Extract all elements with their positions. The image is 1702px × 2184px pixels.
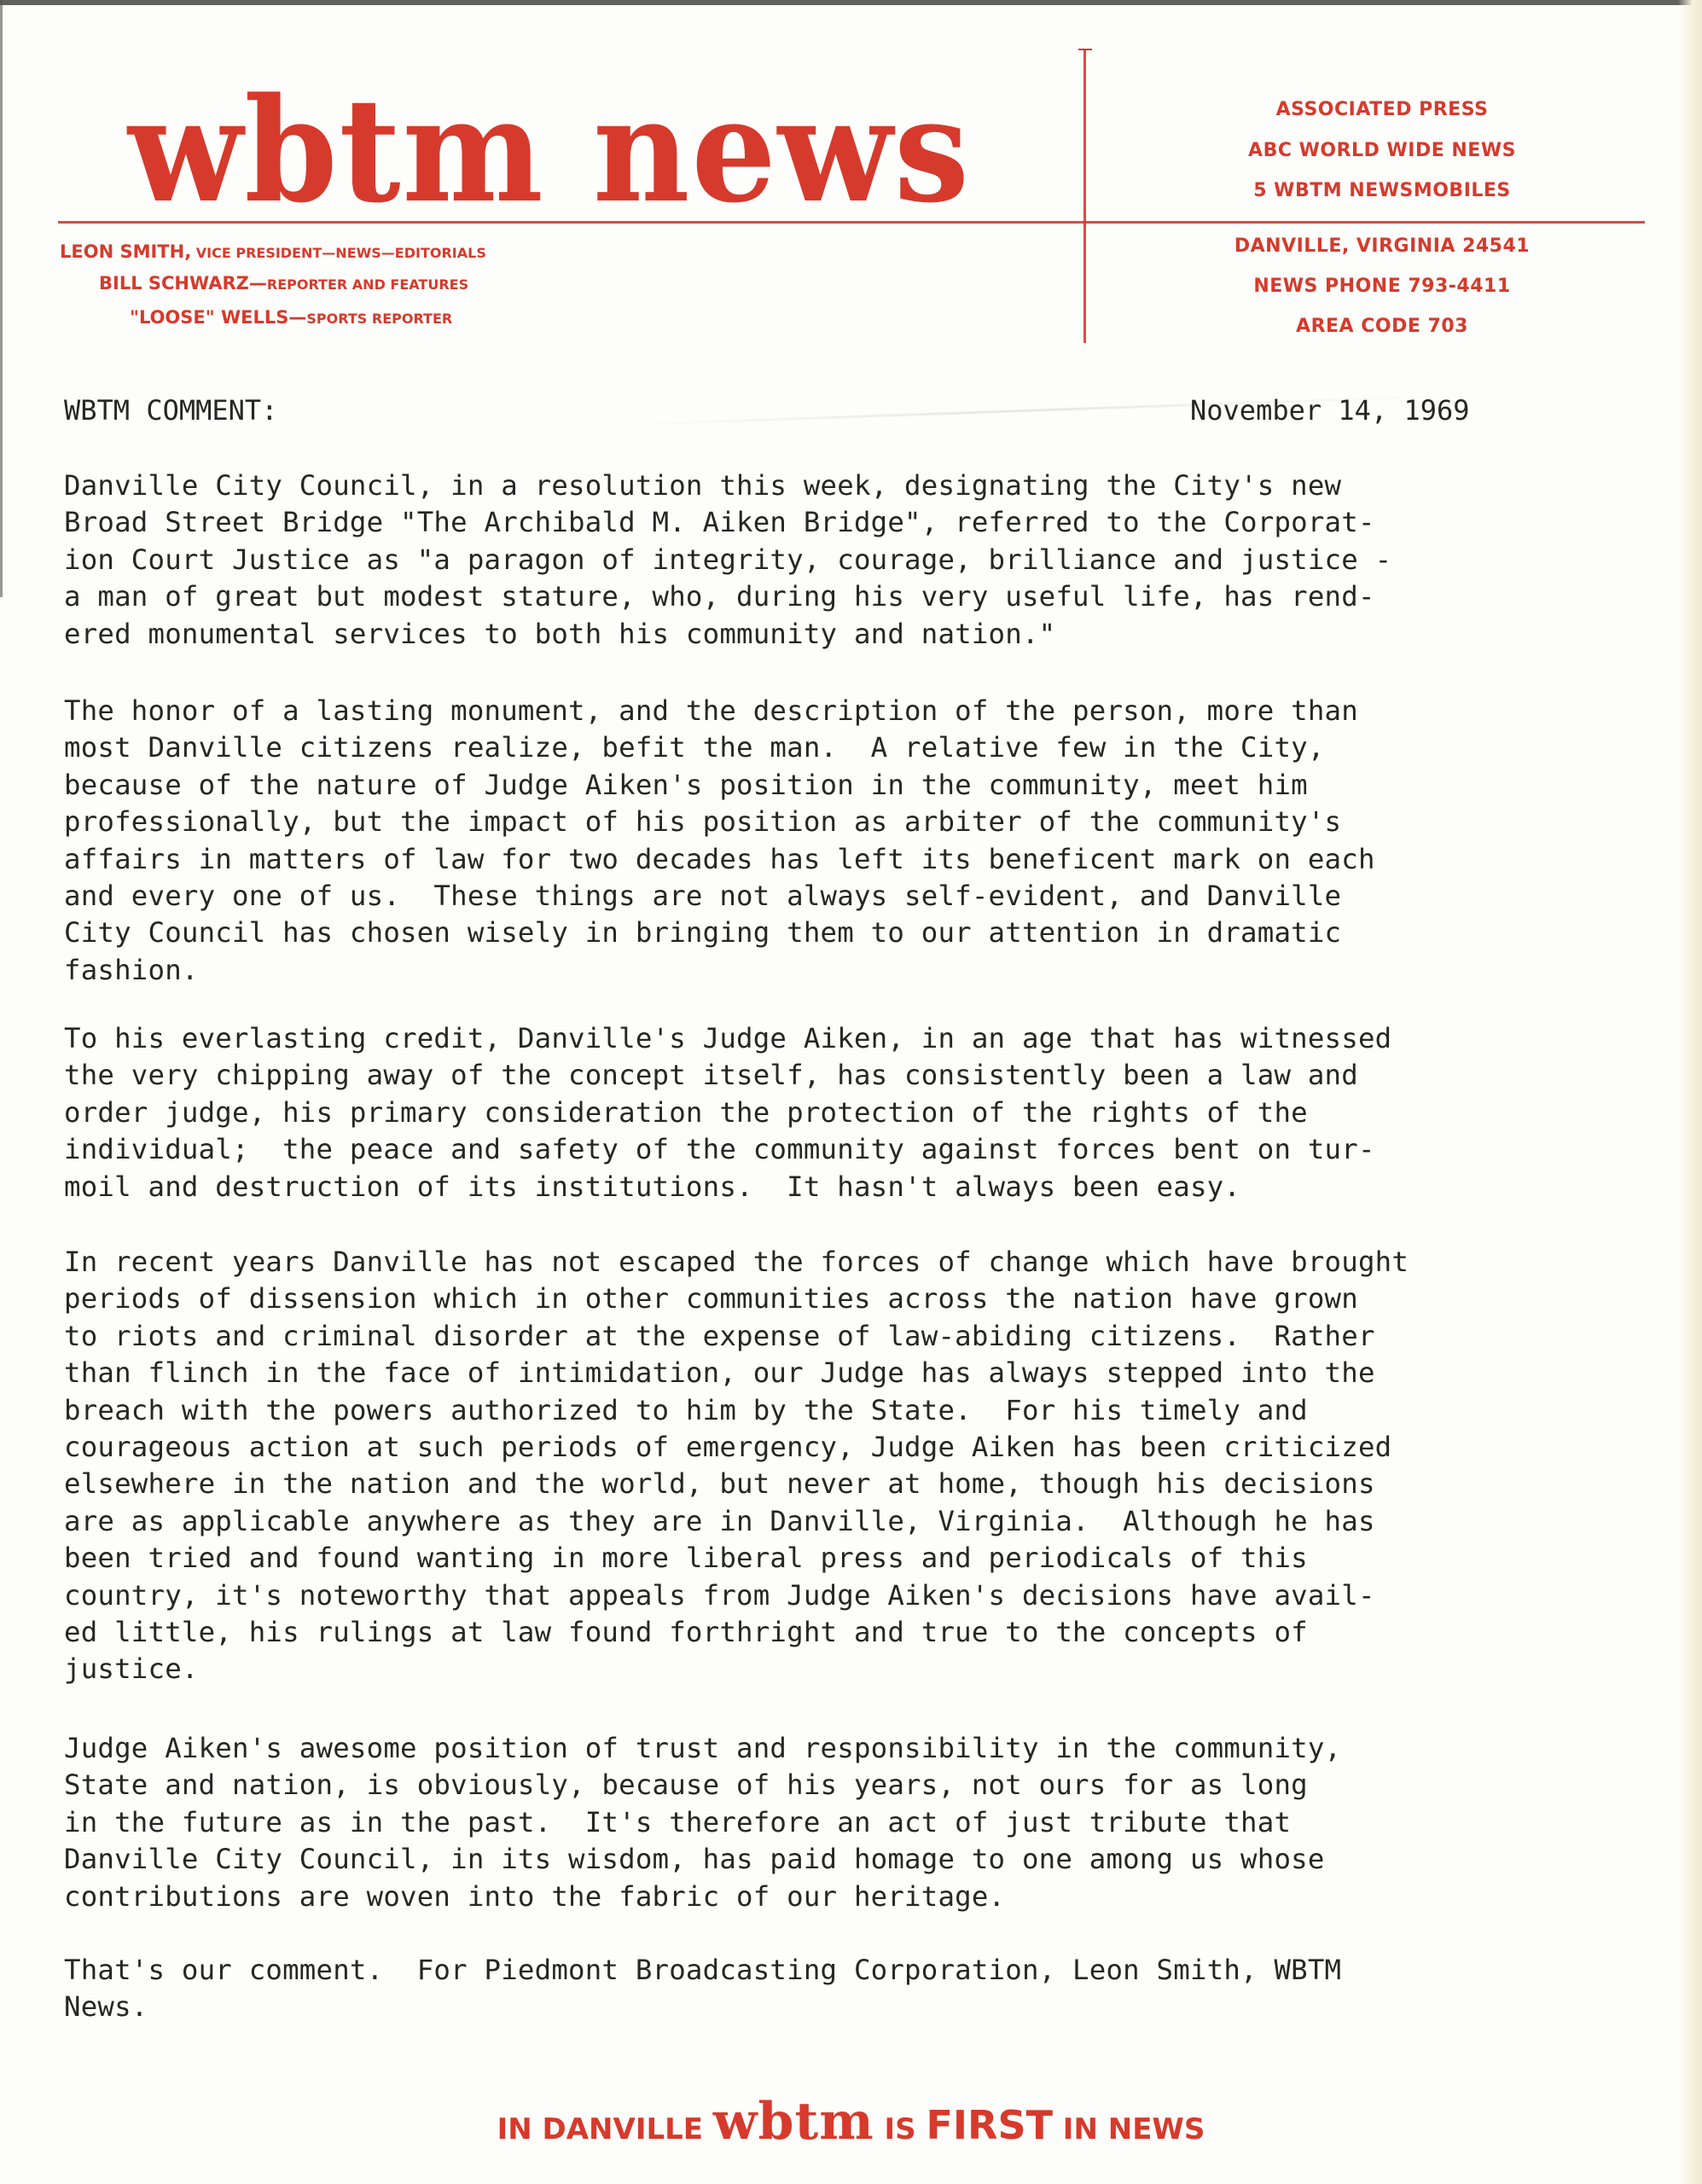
paper-edge	[1678, 0, 1702, 2184]
text-line: courageous action at such periods of eme…	[64, 1429, 1409, 1466]
text-line: country, it's noteworthy that appeals fr…	[64, 1577, 1409, 1614]
text-line: ed little, his rulings at law found fort…	[64, 1614, 1409, 1651]
staff-line-1: LEON SMITH, VICE PRESIDENT—NEWS—EDITORIA…	[60, 241, 486, 262]
paragraph: The honor of a lasting monument, and the…	[64, 693, 1375, 989]
letterhead-vertical-rule	[1083, 49, 1086, 343]
text-line: ion Court Justice as "a paragon of integ…	[64, 542, 1391, 578]
paragraph: Danville City Council, in a resolution t…	[64, 468, 1391, 653]
footer-text: IN DANVILLE	[497, 2112, 713, 2146]
text-line: News.	[64, 1989, 1341, 2025]
text-line: The honor of a lasting monument, and the…	[64, 693, 1375, 729]
text-line: Broad Street Bridge "The Archibald M. Ai…	[64, 504, 1391, 541]
staff-role: REPORTER AND FEATURES	[267, 276, 468, 293]
text-line: individual; the peace and safety of the …	[64, 1131, 1391, 1168]
text-line: elsewhere in the nation and the world, b…	[64, 1466, 1409, 1502]
staff-name: "LOOSE" WELLS—	[130, 307, 306, 328]
memo-label: WBTM COMMENT:	[64, 394, 277, 427]
text-line: a man of great but modest stature, who, …	[64, 578, 1391, 615]
text-line: City Council has chosen wisely in bringi…	[64, 915, 1375, 951]
footer-text: IN NEWS	[1053, 2112, 1205, 2146]
scan-top-edge	[0, 0, 1702, 5]
text-line: and every one of us. These things are no…	[64, 878, 1375, 915]
text-line: justice.	[64, 1651, 1409, 1687]
text-line: the very chipping away of the concept it…	[64, 1057, 1391, 1094]
service-abc-news: ABC WORLD WIDE NEWS	[1101, 140, 1664, 161]
staff-name: BILL SCHWARZ—	[99, 273, 267, 293]
text-line: Danville City Council, in its wisdom, ha…	[64, 1841, 1341, 1878]
footer-brand: wbtm	[713, 2092, 874, 2152]
contact-phone: NEWS PHONE 793-4411	[1101, 276, 1664, 297]
text-line: fashion.	[64, 952, 1375, 989]
staff-line-3: "LOOSE" WELLS—SPORTS REPORTER	[130, 307, 452, 328]
staff-role: SPORTS REPORTER	[306, 311, 452, 327]
text-line: State and nation, is obviously, because …	[64, 1767, 1341, 1804]
contact-address: DANVILLE, VIRGINIA 24541	[1101, 235, 1664, 257]
text-line: been tried and found wanting in more lib…	[64, 1540, 1409, 1577]
text-line: contributions are woven into the fabric …	[64, 1879, 1341, 1915]
text-line: order judge, his primary consideration t…	[64, 1095, 1391, 1131]
paragraph: That's our comment. For Piedmont Broadca…	[64, 1952, 1341, 2026]
paragraph: To his everlasting credit, Danville's Ju…	[64, 1020, 1391, 1205]
text-line: to riots and criminal disorder at the ex…	[64, 1318, 1409, 1355]
staff-line-2: BILL SCHWARZ—REPORTER AND FEATURES	[99, 273, 468, 293]
text-line: That's our comment. For Piedmont Broadca…	[64, 1952, 1341, 1989]
letterhead-horizontal-rule	[58, 221, 1645, 224]
service-associated-press: ASSOCIATED PRESS	[1101, 99, 1664, 120]
text-line: Danville City Council, in a resolution t…	[64, 468, 1391, 504]
staff-role: VICE PRESIDENT—NEWS—EDITORIALS	[191, 245, 486, 261]
footer-first: FIRST	[927, 2102, 1053, 2148]
text-line: periods of dissension which in other com…	[64, 1281, 1409, 1317]
text-line: To his everlasting credit, Danville's Ju…	[64, 1020, 1391, 1057]
letterhead-vertical-rule-cap	[1078, 49, 1092, 50]
text-line: in the future as in the past. It's there…	[64, 1804, 1341, 1841]
text-line: affairs in matters of law for two decade…	[64, 841, 1375, 878]
text-line: because of the nature of Judge Aiken's p…	[64, 767, 1375, 804]
text-line: are as applicable anywhere as they are i…	[64, 1503, 1409, 1540]
text-line: breach with the powers authorized to him…	[64, 1392, 1409, 1429]
text-line: moil and destruction of its institutions…	[64, 1169, 1391, 1205]
text-line: ered monumental services to both his com…	[64, 616, 1391, 653]
text-line: than flinch in the face of intimidation,…	[64, 1355, 1409, 1391]
paragraph: Judge Aiken's awesome position of trust …	[64, 1730, 1341, 1915]
memo-date: November 14, 1969	[1190, 394, 1470, 427]
letterhead-logo: wbtm news	[128, 78, 971, 222]
scan-left-edge	[0, 0, 3, 597]
paragraph: In recent years Danville has not escaped…	[64, 1244, 1409, 1688]
contact-area-code: AREA CODE 703	[1101, 316, 1664, 337]
text-line: In recent years Danville has not escaped…	[64, 1244, 1409, 1281]
footer-text: IS	[874, 2112, 927, 2146]
footer-slogan: IN DANVILLE wbtm IS FIRST IN NEWS	[0, 2092, 1702, 2152]
service-newsmobiles: 5 WBTM NEWSMOBILES	[1101, 180, 1664, 201]
text-line: professionally, but the impact of his po…	[64, 804, 1375, 840]
staff-name: LEON SMITH,	[60, 241, 191, 262]
text-line: Judge Aiken's awesome position of trust …	[64, 1730, 1341, 1767]
text-line: most Danville citizens realize, befit th…	[64, 729, 1375, 766]
